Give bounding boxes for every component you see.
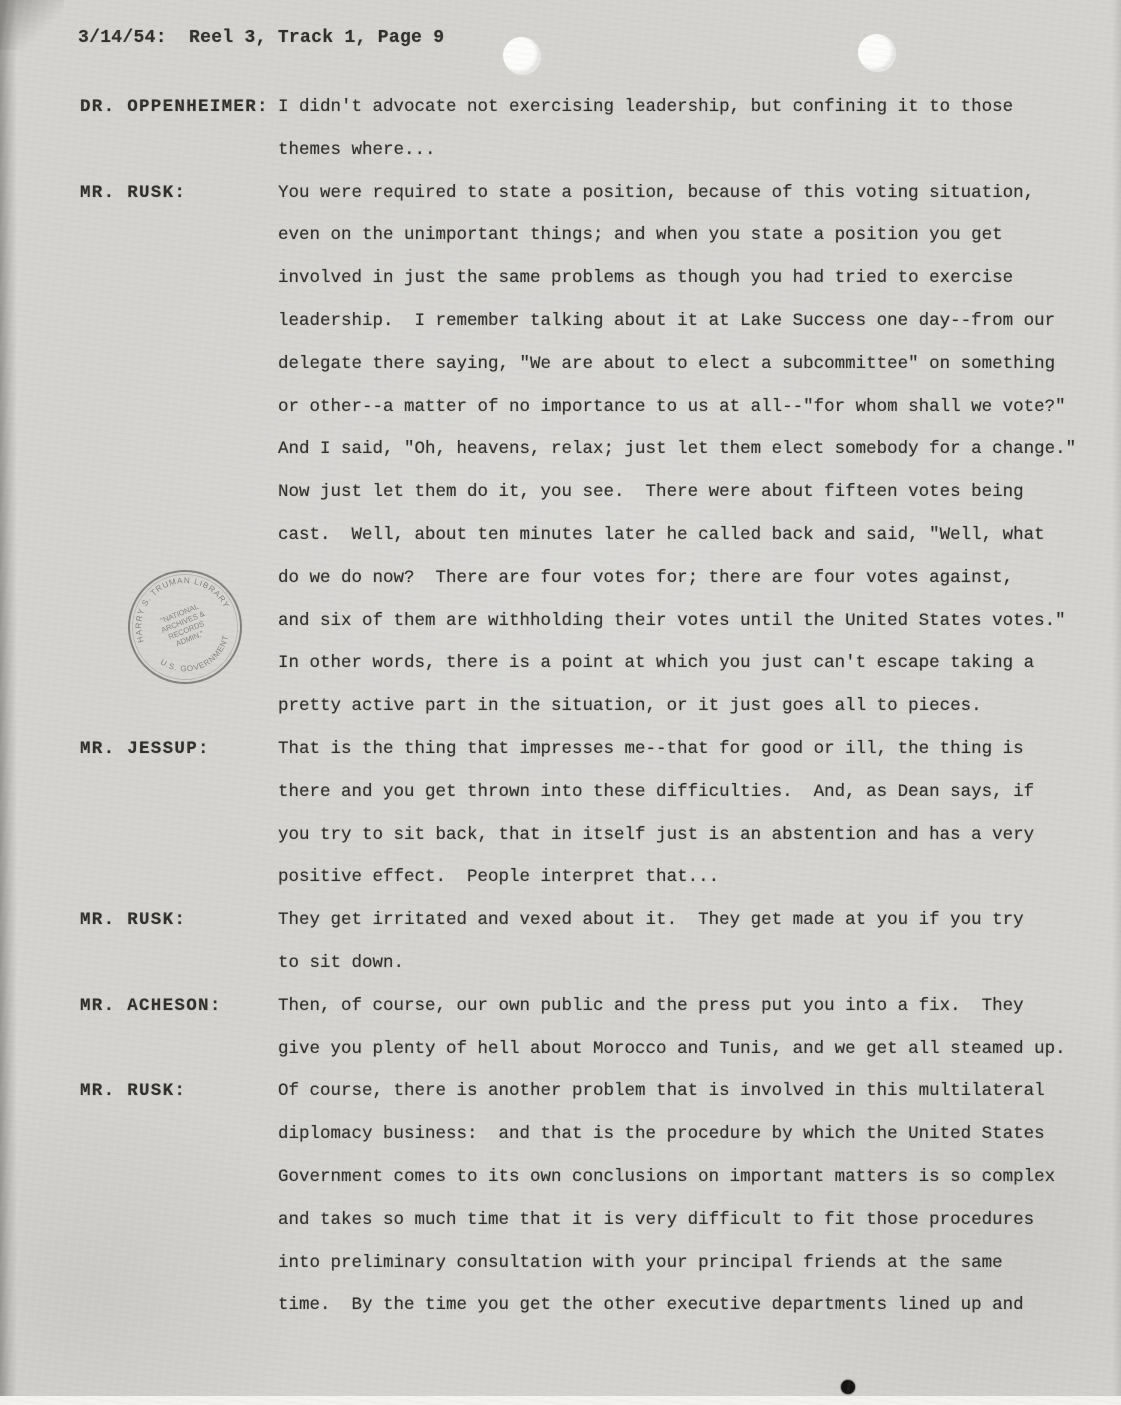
speech-line: You were required to state a position, b… bbox=[278, 172, 1090, 215]
transcript-entry: MR. RUSK: They get irritated and vexed a… bbox=[80, 899, 1090, 985]
speech-line: and six of them are withholding their vo… bbox=[278, 600, 1090, 643]
scanned-transcript-page: 3/14/54: Reel 3, Track 1, Page 9 DR. OPP… bbox=[0, 0, 1121, 1405]
transcript-entry: MR. RUSK: Of course, there is another pr… bbox=[80, 1070, 1090, 1327]
speech-line: do we do now? There are four votes for; … bbox=[278, 557, 1090, 600]
speaker-label: MR. RUSK: bbox=[80, 899, 278, 942]
speech-line: diplomacy business: and that is the proc… bbox=[278, 1113, 1090, 1156]
speaker-label: MR. ACHESON: bbox=[80, 985, 278, 1028]
speech-line: leadership. I remember talking about it … bbox=[278, 300, 1090, 343]
speech-lines: You were required to state a position, b… bbox=[278, 172, 1090, 728]
page-left-edge-shadow bbox=[0, 0, 17, 1405]
speech-line: positive effect. People interpret that..… bbox=[278, 856, 1090, 899]
hole-punch-left bbox=[503, 37, 540, 74]
transcript-entry: MR. JESSUP: That is the thing that impre… bbox=[80, 728, 1090, 899]
speech-line: there and you get thrown into these diff… bbox=[278, 771, 1090, 814]
hole-punch-right bbox=[858, 34, 895, 71]
ink-spot bbox=[841, 1380, 855, 1394]
transcript-entry: MR. ACHESON: Then, of course, our own pu… bbox=[80, 985, 1090, 1071]
speaker-label: DR. OPPENHEIMER: bbox=[80, 86, 278, 129]
speech-line: In other words, there is a point at whic… bbox=[278, 642, 1090, 685]
speech-lines: That is the thing that impresses me--tha… bbox=[278, 728, 1090, 899]
transcript-entry: DR. OPPENHEIMER: I didn't advocate not e… bbox=[80, 86, 1090, 172]
page-header: 3/14/54: Reel 3, Track 1, Page 9 bbox=[78, 28, 444, 48]
speech-line: delegate there saying, "We are about to … bbox=[278, 343, 1090, 386]
speech-line: themes where... bbox=[278, 129, 1090, 172]
speech-line: Now just let them do it, you see. There … bbox=[278, 471, 1090, 514]
speech-line: give you plenty of hell about Morocco an… bbox=[278, 1028, 1090, 1071]
scan-bottom-strip bbox=[0, 1396, 1121, 1405]
page-right-edge-shadow bbox=[1112, 0, 1121, 1405]
speech-lines: I didn't advocate not exercising leaders… bbox=[278, 86, 1090, 172]
speech-line: cast. Well, about ten minutes later he c… bbox=[278, 514, 1090, 557]
speech-line: Government comes to its own conclusions … bbox=[278, 1156, 1090, 1199]
speech-line: involved in just the same problems as th… bbox=[278, 257, 1090, 300]
speech-line: pretty active part in the situation, or … bbox=[278, 685, 1090, 728]
truman-library-archival-stamp: HARRY S. TRUMAN LIBRARY U.S. GOVERNMENT … bbox=[110, 552, 260, 702]
speaker-label: MR. RUSK: bbox=[80, 1070, 278, 1113]
speech-line: They get irritated and vexed about it. T… bbox=[278, 899, 1090, 942]
speech-lines: They get irritated and vexed about it. T… bbox=[278, 899, 1090, 985]
speech-line: That is the thing that impresses me--tha… bbox=[278, 728, 1090, 771]
speech-line: or other--a matter of no importance to u… bbox=[278, 386, 1090, 429]
speech-lines: Of course, there is another problem that… bbox=[278, 1070, 1090, 1327]
speech-line: even on the unimportant things; and when… bbox=[278, 214, 1090, 257]
speech-line: to sit down. bbox=[278, 942, 1090, 985]
speech-line: And I said, "Oh, heavens, relax; just le… bbox=[278, 428, 1090, 471]
speech-line: I didn't advocate not exercising leaders… bbox=[278, 86, 1090, 129]
speech-line: Of course, there is another problem that… bbox=[278, 1070, 1090, 1113]
speech-line: Then, of course, our own public and the … bbox=[278, 985, 1090, 1028]
transcript-body: DR. OPPENHEIMER: I didn't advocate not e… bbox=[80, 86, 1090, 1327]
speaker-label: MR. RUSK: bbox=[80, 172, 278, 215]
page-corner-shadow bbox=[0, 0, 64, 50]
speech-line: time. By the time you get the other exec… bbox=[278, 1284, 1090, 1327]
speaker-label: MR. JESSUP: bbox=[80, 728, 278, 771]
speech-line: into preliminary consultation with your … bbox=[278, 1242, 1090, 1285]
speech-line: you try to sit back, that in itself just… bbox=[278, 814, 1090, 857]
speech-lines: Then, of course, our own public and the … bbox=[278, 985, 1090, 1071]
speech-line: and takes so much time that it is very d… bbox=[278, 1199, 1090, 1242]
